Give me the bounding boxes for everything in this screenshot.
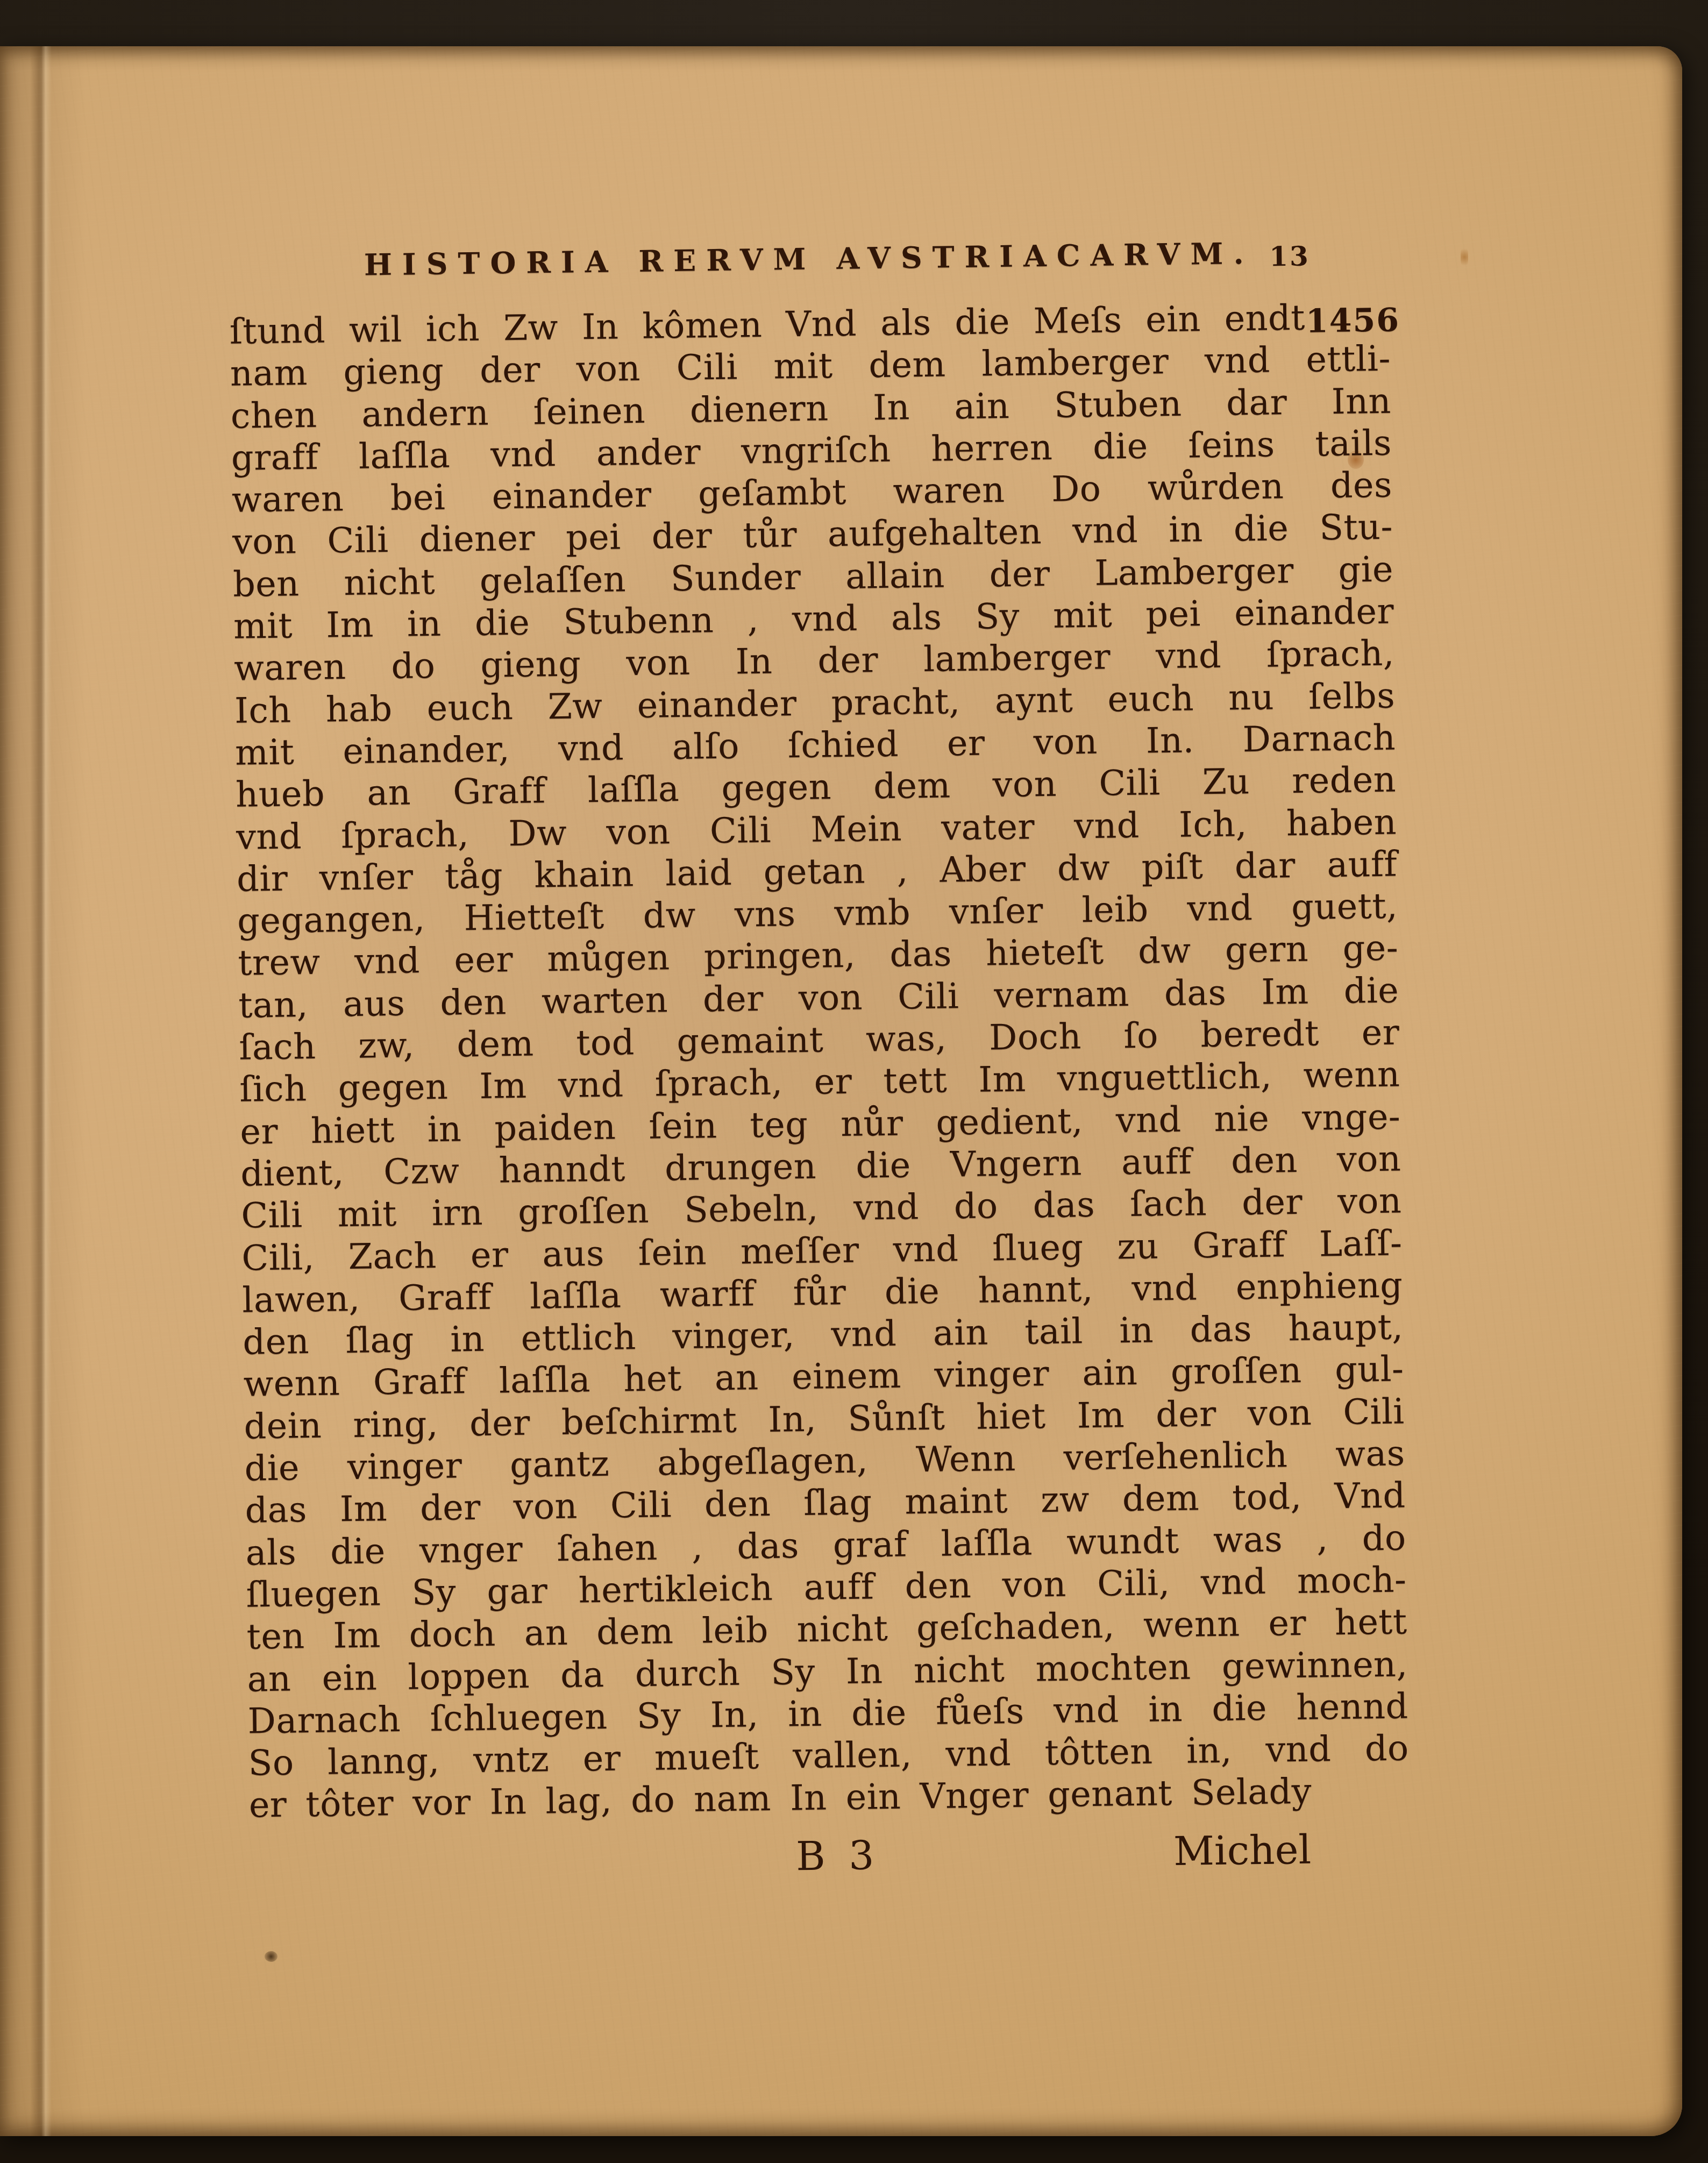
signature-mark: B 3 bbox=[796, 1832, 880, 1880]
printed-content: HISTORIA RERVM AVSTRIACARVM. 13 ſtund wi… bbox=[0, 35, 1696, 2147]
catchword: Michel bbox=[1173, 1827, 1312, 1875]
marginal-year: 1456 bbox=[1305, 301, 1400, 340]
scan-backdrop: HISTORIA RERVM AVSTRIACARVM. 13 ſtund wi… bbox=[0, 0, 1708, 2163]
page-header: HISTORIA RERVM AVSTRIACARVM. 13 bbox=[229, 234, 1390, 292]
running-title: HISTORIA RERVM AVSTRIACARVM. bbox=[229, 234, 1390, 284]
signature-line: B 3 Michel bbox=[250, 1825, 1411, 1899]
page-number: 13 bbox=[1269, 240, 1310, 273]
book-page: HISTORIA RERVM AVSTRIACARVM. 13 ſtund wi… bbox=[0, 46, 1682, 2136]
text-block: ſtund wil ich Zw In kômen Vnd als die Me… bbox=[229, 296, 1410, 1827]
